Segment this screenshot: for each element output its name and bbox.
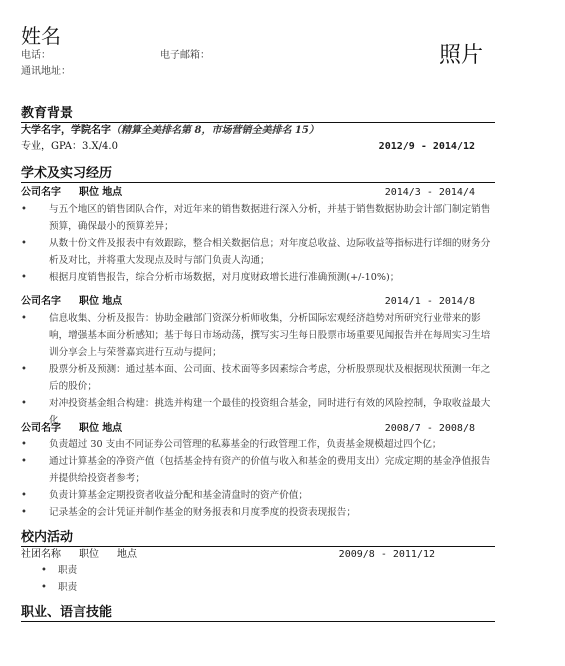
candidate-name: 姓名 (21, 20, 61, 49)
company-name: 公司名字 (21, 296, 61, 307)
bullet-icon: • (21, 395, 27, 412)
company-name: 公司名字 (21, 423, 61, 434)
address-label: 通讯地址： (21, 62, 71, 77)
bullet-icon: • (41, 579, 47, 596)
job-position: 职位 (79, 296, 99, 307)
bullet-icon: • (21, 201, 27, 218)
job-bullets: •信息收集、分析及报告：协助金融部门资深分析师收集，分析国际宏观经济趋势对所研究… (21, 310, 499, 429)
job-bullets: •与五个地区的销售团队合作，对近年来的销售数据进行深入分析，并基于销售数据协助会… (21, 201, 499, 286)
section-title-skills: 职业、语言技能 (21, 605, 495, 622)
list-item: •职责 (21, 562, 499, 579)
job-header: 公司名字职位 地点 2014/1 - 2014/8 (21, 295, 495, 309)
job-dates: 2008/7 - 2008/8 (385, 422, 475, 436)
section-title-experience: 学术及实习经历 (21, 166, 495, 183)
photo-placeholder: 照片 (439, 38, 483, 69)
list-item: •与五个地区的销售团队合作，对近年来的销售数据进行深入分析，并基于销售数据协助会… (21, 201, 499, 235)
job-location: 地点 (102, 296, 122, 307)
bullet-icon: • (21, 361, 27, 378)
list-item: •通过计算基金的净资产值（包括基金持有资产的价值与收入和基金的费用支出）完成定期… (21, 453, 499, 487)
job-dates: 2014/1 - 2014/8 (385, 295, 475, 309)
activity-bullets: •职责 •职责 (21, 562, 499, 596)
activity-header: 社团名称职位地点 2009/8 - 2011/12 (21, 548, 495, 562)
section-title-education: 教育背景 (21, 106, 495, 123)
bullet-icon: • (21, 235, 27, 252)
school-rankings: （精算全美排名第 8，市场营销全美排名 15） (111, 125, 319, 136)
education-major-row: 专业，GPA：3.X/4.0 2012/9 - 2014/12 (21, 140, 495, 154)
major-gpa: 专业，GPA：3.X/4.0 (21, 141, 118, 152)
bullet-icon: • (21, 453, 27, 470)
activity-dates: 2009/8 - 2011/12 (339, 548, 435, 562)
bullet-icon: • (21, 269, 27, 286)
job-dates: 2014/3 - 2014/4 (385, 186, 475, 200)
list-item: •负责计算基金定期投资者收益分配和基金清盘时的资产价值； (21, 487, 499, 504)
bullet-icon: • (21, 310, 27, 327)
job-location: 地点 (102, 187, 122, 198)
club-name: 社团名称 (21, 549, 61, 560)
section-title-activities: 校内活动 (21, 530, 495, 547)
job-position: 职位 (79, 187, 99, 198)
phone-label: 电话： (21, 46, 51, 61)
list-item: •信息收集、分析及报告：协助金融部门资深分析师收集，分析国际宏观经济趋势对所研究… (21, 310, 499, 361)
bullet-icon: • (41, 562, 47, 579)
job-bullets: •负责超过 30 支由不同证券公司管理的私募基金的行政管理工作，负责基金规模超过… (21, 436, 499, 521)
bullet-icon: • (21, 487, 27, 504)
job-position: 职位 (79, 423, 99, 434)
list-item: •从数十份文件及报表中有效跟踪，整合相关数据信息；对年度总收益、边际收益等指标进… (21, 235, 499, 269)
list-item: •股票分析及预测：通过基本面、公司面、技术面等多因素综合考虑，分析股票现状及根据… (21, 361, 499, 395)
job-header: 公司名字职位 地点 2014/3 - 2014/4 (21, 186, 495, 200)
list-item: •根据月度销售报告，综合分析市场数据，对月度财政增长进行准确预测(+/-10%)… (21, 269, 499, 286)
education-school-row: 大学名字，学院名字（精算全美排名第 8，市场营销全美排名 15） (21, 124, 495, 138)
company-name: 公司名字 (21, 187, 61, 198)
list-item: •记录基金的会计凭证并制作基金的财务报表和月度季度的投资表现报告； (21, 504, 499, 521)
club-position: 职位 (79, 549, 99, 560)
list-item: •职责 (21, 579, 499, 596)
bullet-icon: • (21, 504, 27, 521)
list-item: •负责超过 30 支由不同证券公司管理的私募基金的行政管理工作，负责基金规模超过… (21, 436, 499, 453)
school-name: 大学名字，学院名字 (21, 125, 111, 136)
education-dates: 2012/9 - 2014/12 (379, 140, 475, 154)
email-label: 电子邮箱： (160, 46, 210, 61)
job-location: 地点 (102, 423, 122, 434)
job-header: 公司名字职位 地点 2008/7 - 2008/8 (21, 422, 495, 436)
club-location: 地点 (117, 549, 137, 560)
bullet-icon: • (21, 436, 27, 453)
